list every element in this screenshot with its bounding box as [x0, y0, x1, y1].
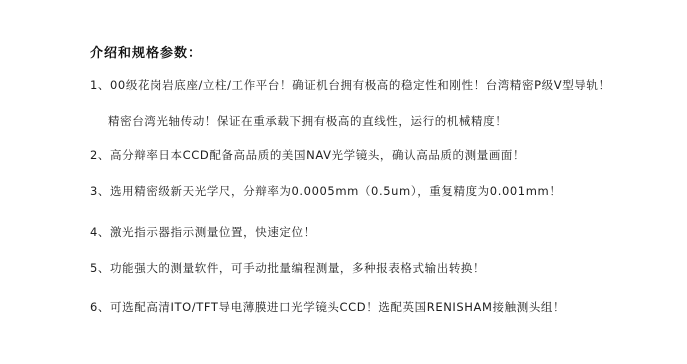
section-title: 介绍和规格参数： [90, 42, 202, 61]
feature-line-1-continued: 精密台湾光轴传动！保证在重承载下拥有极高的直线性，运行的机械精度！ [108, 113, 507, 129]
feature-line-6: 6、可选配高清ITO/TFT导电薄膜进口光学镜头CCD！选配英国RENISHAM… [90, 299, 565, 315]
feature-line-1: 1、00级花岗岩底座/立柱/工作平台！确证机台拥有极高的稳定性和刚性！台湾精密P… [90, 77, 611, 93]
feature-line-4: 4、激光指示器指示测量位置，快速定位！ [90, 224, 316, 240]
feature-line-2: 2、高分辩率日本CCD配备高品质的美国NAV光学镜头，确认高品质的测量画面！ [90, 147, 525, 163]
feature-line-3: 3、选用精密级新天光学尺，分辩率为0.0005mm（0.5um），重复精度为0.… [90, 183, 561, 199]
feature-line-5: 5、功能强大的测量软件，可手动批量编程测量，多种报表格式输出转换！ [90, 260, 485, 276]
